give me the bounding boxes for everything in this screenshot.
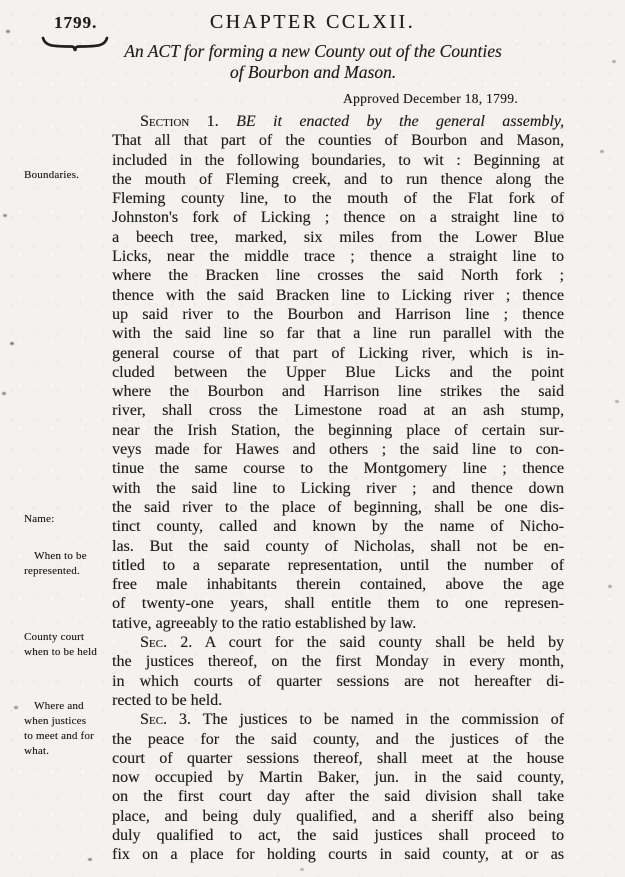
text-line: rected to be held.: [112, 691, 564, 710]
section-3: Sec. 3. The justices to be named in the …: [112, 710, 564, 864]
scan-speckles: [0, 0, 4, 3]
text-line: thence with the said Bracken line to Lic…: [112, 286, 564, 305]
act-title-line1: An ACT for forming a new County out of t…: [68, 41, 558, 62]
text-line: tinue the same course to the Montgomery …: [112, 459, 564, 478]
section-2-opening-text: A court for the said county shall be hel…: [205, 634, 564, 651]
text-line: a beech tree, marked, six miles from the…: [112, 228, 564, 247]
text-line: veys made for Hawes and others ; the sai…: [112, 440, 564, 459]
text-line: river, shall cross the Limestone road at…: [112, 401, 564, 420]
text-line: Fleming county line, to the mouth of the…: [112, 189, 564, 208]
section-1: Section 1. BE it enacted by the general …: [112, 112, 564, 633]
text-line: the peace for the said county, and the j…: [112, 730, 564, 749]
text-line: with the said line so far that a line ru…: [112, 324, 564, 343]
margin-note-representation: When to be represented.: [24, 549, 104, 579]
section-2-lines: the justices thereof, on the first Monda…: [112, 652, 564, 710]
text-line: included in the following boundaries, to…: [112, 151, 564, 170]
text-line: general course of that part of Licking r…: [112, 344, 564, 363]
text-line: now occupied by Martin Baker, jun. in th…: [112, 768, 564, 787]
text-line: where the Bracken line crosses the said …: [112, 266, 564, 285]
text-line: on the first court day after the said di…: [112, 787, 564, 806]
section-1-opening-line: Section 1. BE it enacted by the general …: [112, 112, 564, 131]
text-line: place, and being duly qualified, and a s…: [112, 807, 564, 826]
margin-note-justices: Where and when justices to meet and for …: [24, 699, 104, 759]
section-2-label: Sec. 2.: [140, 634, 192, 651]
section-2-opening-line: Sec. 2. A court for the said county shal…: [112, 633, 564, 652]
body-text-column: Section 1. BE it enacted by the general …: [112, 112, 564, 865]
chapter-heading: CHAPTER CCLXII.: [0, 11, 625, 34]
text-line: las. But the said county of Nicholas, sh…: [112, 537, 564, 556]
margin-note-county-court: County court when to be held: [24, 630, 104, 660]
section-2: Sec. 2. A court for the said county shal…: [112, 633, 564, 710]
text-line: of twenty-one years, shall entitle them …: [112, 594, 564, 613]
text-line: duly qualified to act, the said justices…: [112, 826, 564, 845]
act-title: An ACT for forming a new County out of t…: [68, 41, 558, 83]
text-line: cluded between the Upper Blue Licks and …: [112, 363, 564, 382]
text-line: free male inhabitants therein contained,…: [112, 575, 564, 594]
text-line: with the said line to Licking river ; an…: [112, 479, 564, 498]
text-line: titled to a separate representation, unt…: [112, 556, 564, 575]
text-line: court of quarter sessions thereof, shall…: [112, 749, 564, 768]
text-line: up said river to the Bourbon and Harriso…: [112, 305, 564, 324]
approval-date: Approved December 18, 1799.: [343, 91, 518, 107]
scanned-statute-page: 1799. CHAPTER CCLXII. An ACT for forming…: [0, 0, 625, 877]
text-line: tative, agreeably to the ratio establish…: [112, 614, 564, 633]
margin-note-boundaries: Boundaries.: [24, 168, 104, 183]
text-line: the said river to the place of beginning…: [112, 498, 564, 517]
text-line: fix on a place for holding courts in sai…: [112, 845, 564, 864]
margin-note-name: Name:: [24, 512, 104, 527]
text-line: Johnston's fork of Licking ; thence on a…: [112, 208, 564, 227]
act-title-line2: of Bourbon and Mason.: [68, 62, 558, 83]
text-line: tinct county, called and known by the na…: [112, 517, 564, 536]
section-1-lines: That all that part of the counties of Bo…: [112, 131, 564, 633]
text-line: in which courts of quarter sessions are …: [112, 672, 564, 691]
text-line: near the Irish Station, the beginning pl…: [112, 421, 564, 440]
text-line: where the Bourbon and Harrison line stri…: [112, 382, 564, 401]
text-line: Licks, near the middle trace ; thence a …: [112, 247, 564, 266]
text-line: That all that part of the counties of Bo…: [112, 131, 564, 150]
section-3-opening-text: The justices to be named in the commissi…: [203, 711, 564, 728]
section-3-label: Sec. 3.: [140, 711, 191, 728]
section-3-lines: the peace for the said county, and the j…: [112, 730, 564, 865]
text-line: the justices thereof, on the first Monda…: [112, 652, 564, 671]
section-3-opening-line: Sec. 3. The justices to be named in the …: [112, 710, 564, 729]
section-1-label: Section 1.: [140, 113, 219, 130]
text-line: the mouth of Fleming creek, and to run t…: [112, 170, 564, 189]
section-1-enacting-clause: BE it enacted by the general assembly,: [236, 113, 564, 130]
